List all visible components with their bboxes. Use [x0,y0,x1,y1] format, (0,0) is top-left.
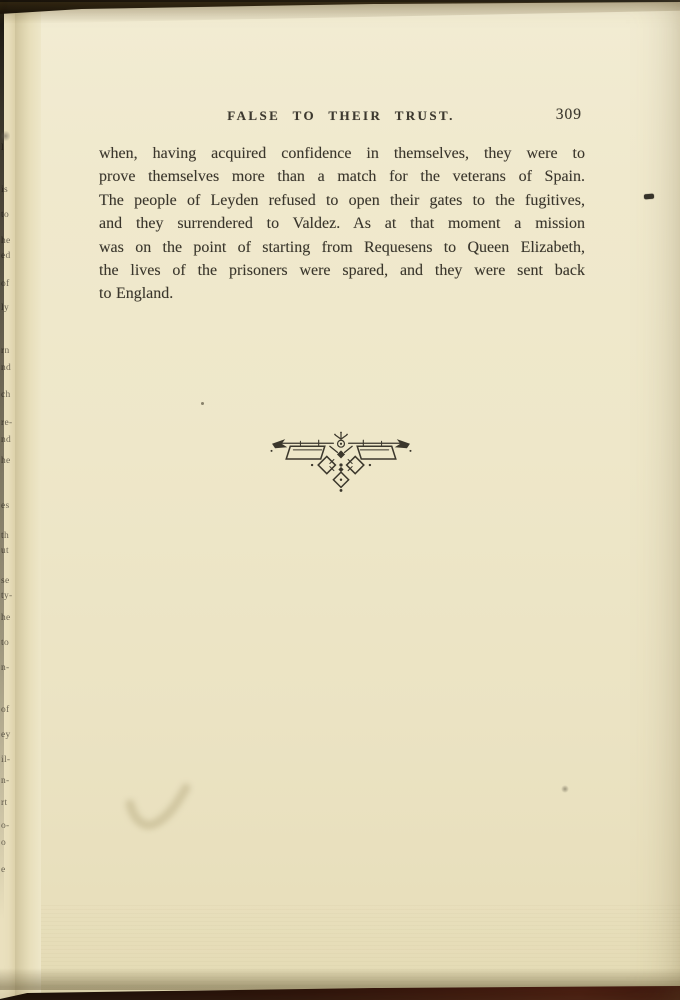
faint-smudge-mark [120,776,206,840]
paragraph-line: to England. [99,282,585,305]
tiny-speck-blemish [201,402,204,405]
gutter-crease-shadow [15,0,41,1000]
paragraph-line: The people of Leyden refused to open the… [99,189,585,212]
paragraph-line: and they surrendered to Valdez. As at th… [99,212,585,235]
ink-speck-blemish [644,194,654,200]
running-header-title: FALSE TO THEIR TRUST. [98,108,584,124]
paragraph-line: prove themselves more than a match for t… [99,165,585,188]
paragraph: when, having acquired confidence in them… [99,142,585,306]
running-header: FALSE TO THEIR TRUST. 309 [98,108,584,128]
faint-spot-blemish [561,785,569,793]
tailpiece-ornament [270,431,412,493]
gutter-smudge-blemish [1,130,10,142]
paragraph-line: the lives of the prisoners were spared, … [99,259,585,282]
paragraph-line: was on the point of starting from Reques… [99,236,585,259]
paragraph-line: when, having acquired confidence in them… [99,142,585,165]
page-number: 309 [556,106,582,124]
